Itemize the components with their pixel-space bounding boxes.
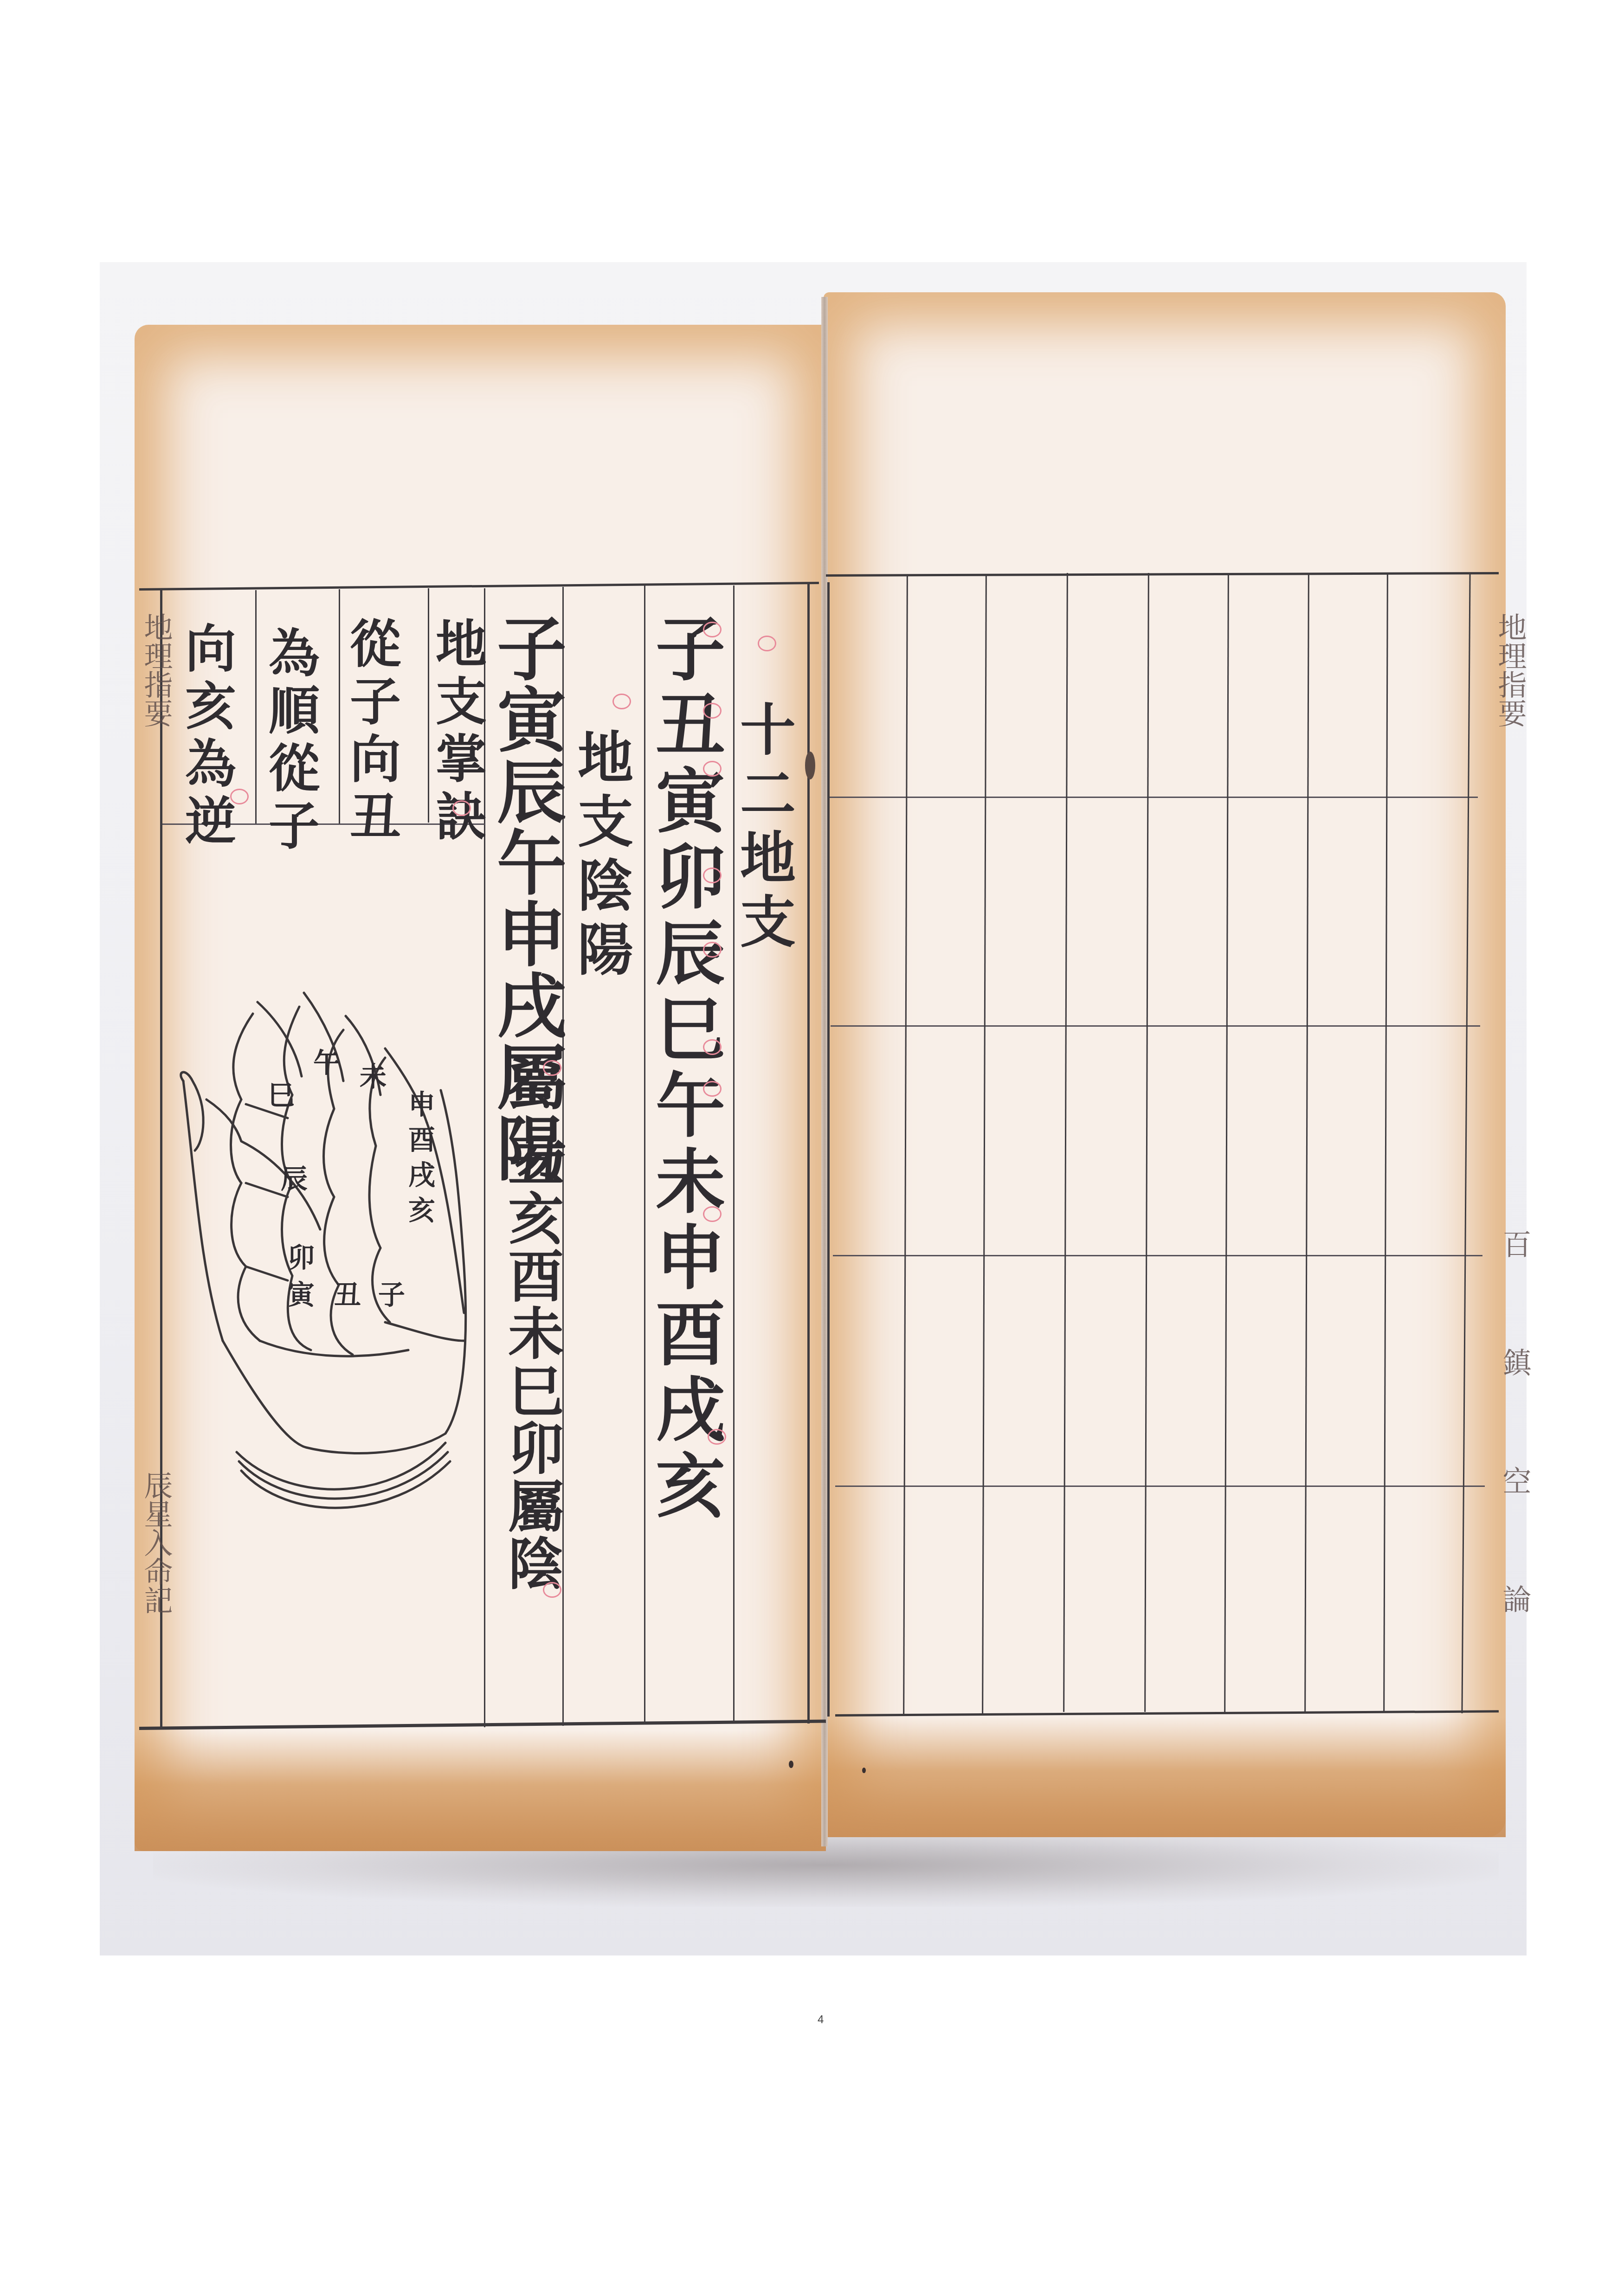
grid-row-rule (828, 797, 1478, 798)
yin-branches: 丑亥酉未巳卯屬陰 (503, 1132, 559, 1592)
hand-label-little-finger: 申酉戌亥 (406, 1090, 433, 1231)
grid-row-rule (831, 1025, 1480, 1027)
red-mark (703, 1206, 722, 1222)
column-rule (255, 590, 257, 824)
water-stain (135, 1730, 826, 1851)
red-mark (703, 703, 722, 719)
right-margin-note-top: 地理指要 (1489, 612, 1531, 727)
water-stain (824, 1717, 1506, 1837)
grid-left-border (827, 582, 830, 1717)
worm-hole (862, 1768, 866, 1773)
red-mark (612, 694, 631, 709)
red-mark (703, 1039, 722, 1055)
red-mark (708, 1429, 726, 1445)
hand-label-yin: 寅 (285, 1280, 312, 1307)
red-mark (543, 1582, 561, 1598)
right-margin-note-bottom: 百 鎮 空 論 (1494, 1229, 1535, 1641)
red-mark (703, 622, 722, 637)
left-margin-note-top: 地理指要 (135, 612, 177, 727)
red-mark (703, 761, 722, 777)
red-mark (758, 636, 776, 651)
mnemonic-line-2: 為順從子 (264, 626, 316, 856)
grid-row-rule (835, 1486, 1485, 1487)
yang-branches: 子寅辰午申戌屬陽 (491, 612, 561, 1184)
hand-label-chen: 辰 (278, 1164, 305, 1191)
hand-label-chou: 丑 (332, 1280, 359, 1307)
binding-knot (805, 752, 815, 779)
red-mark (543, 1060, 561, 1076)
worm-hole (789, 1761, 793, 1768)
hand-diagram-icon (167, 988, 483, 1619)
right-page (824, 292, 1506, 1837)
page-number: 4 (818, 2013, 824, 2026)
book-spine (821, 297, 828, 1846)
left-margin-note-bottom: 辰星入命記 (135, 1471, 177, 1614)
red-mark (230, 789, 249, 804)
title-twelve-branches: 十二地支 (735, 701, 791, 957)
hand-label-mao: 卯 (285, 1243, 312, 1270)
hand-label-zi: 子 (376, 1280, 403, 1307)
mnemonic-line-1: 從子向丑 (346, 617, 397, 847)
red-mark (703, 942, 722, 958)
column-rule (339, 589, 340, 823)
hand-label-wu: 午 (311, 1048, 338, 1075)
red-mark (703, 868, 722, 883)
red-mark (452, 800, 471, 816)
hand-label-wei: 未 (357, 1062, 384, 1089)
branches-list: 子丑寅卯辰巳午未申酉戌亥 (650, 612, 719, 1525)
subtitle-yin-yang: 地支陰陽 (573, 728, 629, 984)
mnemonic-line-3: 向亥為逆 (181, 622, 232, 852)
red-mark (703, 1081, 722, 1097)
hand-label-si: 巳 (265, 1081, 292, 1108)
